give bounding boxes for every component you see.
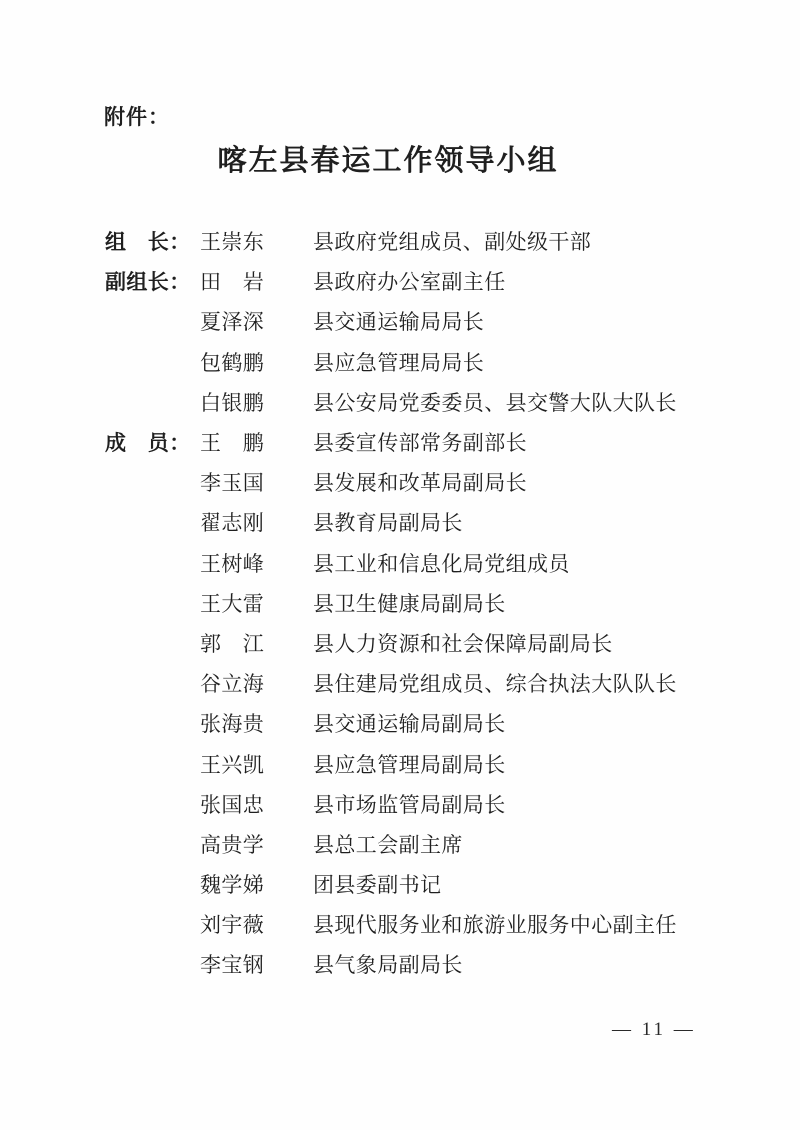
member-position: 县住建局党组成员、综合执法大队队长 (313, 668, 760, 698)
member-name: 谷立海 (200, 668, 313, 698)
roster-row: 张国忠县市场监管局副局长 (105, 784, 760, 824)
member-name: 田 岩 (200, 266, 313, 296)
member-position: 县政府办公室副主任 (313, 266, 760, 296)
member-position: 县卫生健康局副局长 (313, 588, 760, 618)
attachment-label: 附件： (104, 101, 170, 131)
member-name: 李玉国 (200, 467, 313, 497)
member-position: 县教育局副局长 (313, 507, 760, 537)
roster-row: 副组长：田 岩县政府办公室副主任 (105, 261, 760, 301)
roster-row: 魏学娣团县委副书记 (105, 864, 760, 904)
page-number: — 11 — (612, 1019, 696, 1041)
member-position: 县总工会副主席 (313, 829, 760, 859)
roster-row: 王兴凯县应急管理局副局长 (105, 743, 760, 783)
roster-row: 翟志刚县教育局副局长 (105, 502, 760, 542)
roster-row: 包鹤鹏县应急管理局局长 (105, 342, 760, 382)
member-position: 县人力资源和社会保障局副局长 (313, 628, 760, 658)
role-label: 成 员： (105, 427, 200, 457)
member-name: 高贵学 (200, 829, 313, 859)
roster-row: 郭 江县人力资源和社会保障局副局长 (105, 623, 760, 663)
member-position: 县应急管理局副局长 (313, 749, 760, 779)
role-label: 副组长： (105, 266, 200, 296)
member-position: 团县委副书记 (313, 869, 760, 899)
member-name: 魏学娣 (200, 869, 313, 899)
member-name: 张海贵 (200, 708, 313, 738)
member-name: 王崇东 (200, 226, 313, 256)
member-position: 县交通运输局局长 (313, 306, 760, 336)
member-position: 县委宣传部常务副部长 (313, 427, 760, 457)
member-name: 王树峰 (200, 548, 313, 578)
roster-row: 组 长：王崇东县政府党组成员、副处级干部 (105, 221, 760, 261)
member-position: 县现代服务业和旅游业服务中心副主任 (313, 909, 760, 939)
member-position: 县工业和信息化局党组成员 (313, 548, 760, 578)
member-name: 王大雷 (200, 588, 313, 618)
member-name: 白银鹏 (200, 387, 313, 417)
member-name: 刘宇薇 (200, 909, 313, 939)
member-position: 县气象局副局长 (313, 949, 760, 979)
roster-row: 白银鹏县公安局党委委员、县交警大队大队长 (105, 382, 760, 422)
member-name: 郭 江 (200, 628, 313, 658)
member-position: 县应急管理局局长 (313, 347, 760, 377)
role-label: 组 长： (105, 226, 200, 256)
roster-row: 王大雷县卫生健康局副局长 (105, 583, 760, 623)
roster-row: 高贵学县总工会副主席 (105, 824, 760, 864)
member-name: 包鹤鹏 (200, 347, 313, 377)
roster-row: 李玉国县发展和改革局副局长 (105, 462, 760, 502)
member-position: 县政府党组成员、副处级干部 (313, 226, 760, 256)
member-position: 县公安局党委委员、县交警大队大队长 (313, 387, 760, 417)
document-page: 附件： 喀左县春运工作领导小组 组 长：王崇东县政府党组成员、副处级干部副组长：… (0, 0, 800, 1130)
member-name: 张国忠 (200, 789, 313, 819)
member-position: 县市场监管局副局长 (313, 789, 760, 819)
member-name: 翟志刚 (200, 507, 313, 537)
roster-row: 谷立海县住建局党组成员、综合执法大队队长 (105, 663, 760, 703)
member-name: 夏泽深 (200, 306, 313, 336)
roster-row: 刘宇薇县现代服务业和旅游业服务中心副主任 (105, 904, 760, 944)
member-position: 县交通运输局副局长 (313, 708, 760, 738)
roster-row: 李宝钢县气象局副局长 (105, 944, 760, 984)
member-position: 县发展和改革局副局长 (313, 467, 760, 497)
roster-row: 成 员：王 鹏县委宣传部常务副部长 (105, 422, 760, 462)
roster-row: 夏泽深县交通运输局局长 (105, 301, 760, 341)
member-name: 王 鹏 (200, 427, 313, 457)
roster-row: 张海贵县交通运输局副局长 (105, 703, 760, 743)
roster-list: 组 长：王崇东县政府党组成员、副处级干部副组长：田 岩县政府办公室副主任夏泽深县… (105, 221, 760, 985)
roster-row: 王树峰县工业和信息化局党组成员 (105, 543, 760, 583)
member-name: 李宝钢 (200, 949, 313, 979)
page-title: 喀左县春运工作领导小组 (0, 138, 776, 179)
member-name: 王兴凯 (200, 749, 313, 779)
